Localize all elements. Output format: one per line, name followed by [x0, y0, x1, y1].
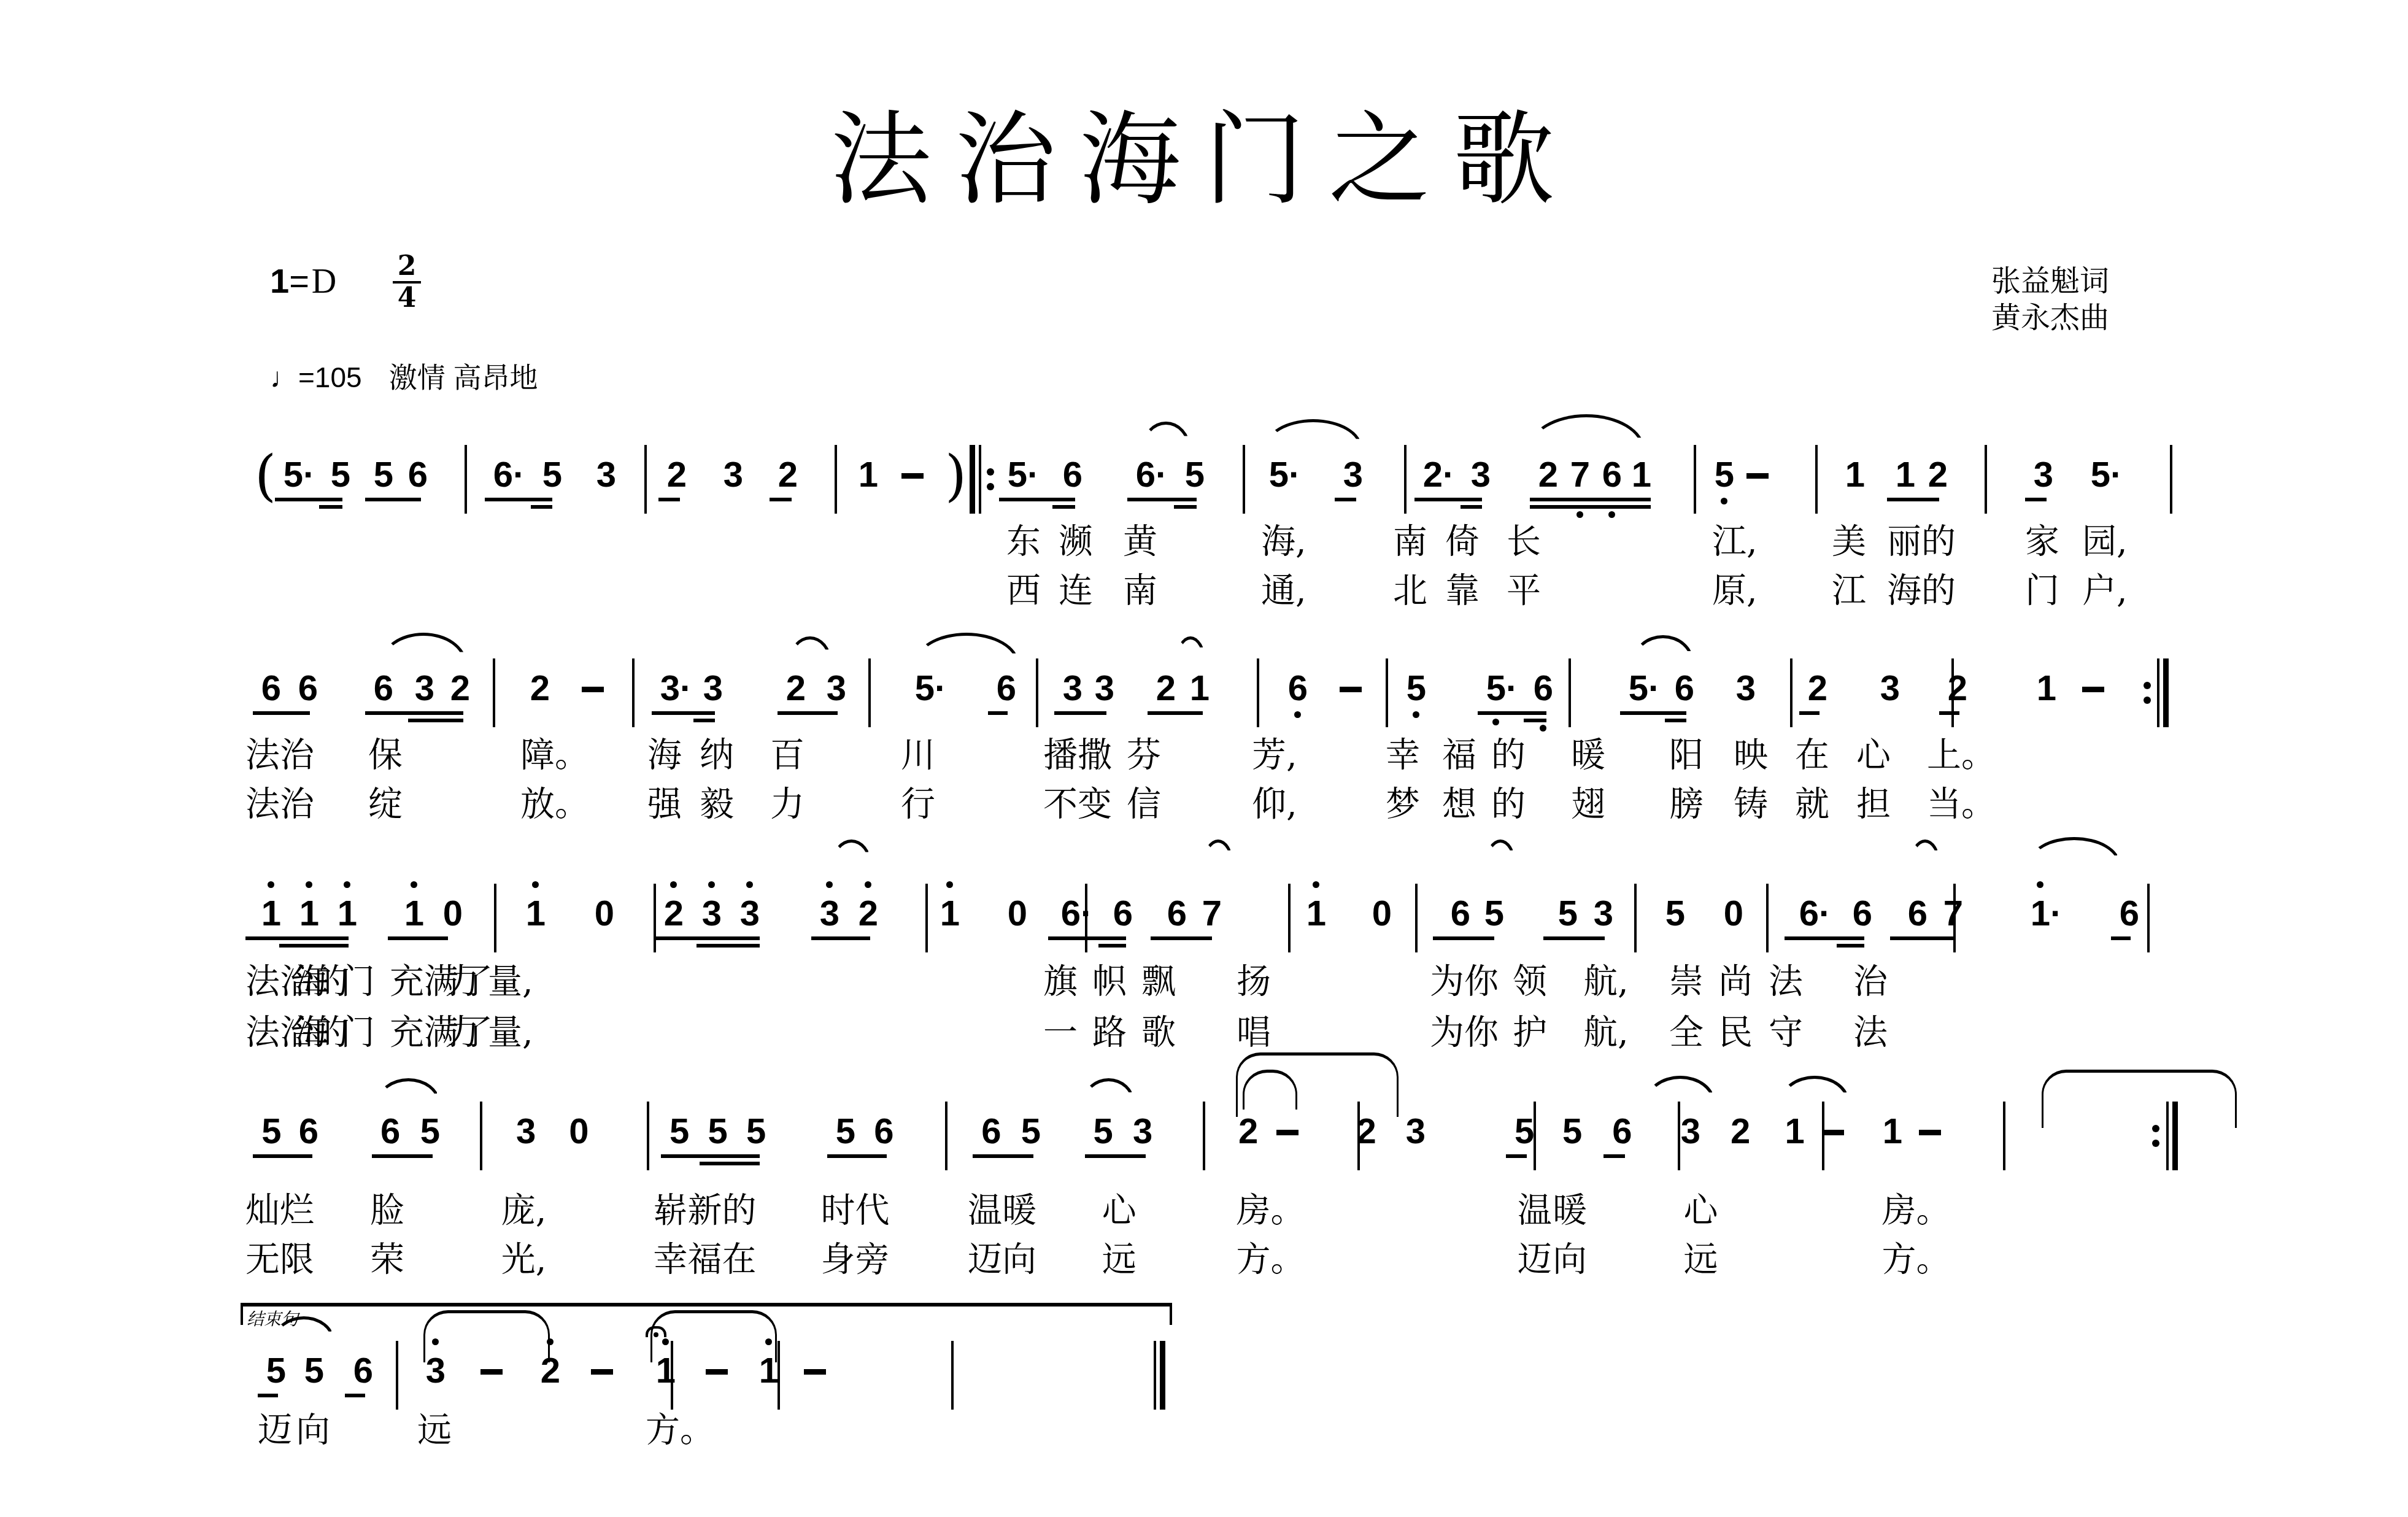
- note-digit: 3: [811, 896, 848, 932]
- lyric-verse-2: 放。: [520, 787, 589, 822]
- note-3: 3: [1462, 457, 1499, 494]
- augmentation-dot: ·: [1156, 457, 1167, 493]
- duration-underline: [1530, 498, 1651, 501]
- note-digit: 6: [973, 1114, 1009, 1149]
- octave-high-dot: [268, 881, 274, 888]
- note-digit: 6: [988, 671, 1025, 706]
- lyric-verse-2: 毅: [700, 787, 734, 822]
- barline: [1085, 884, 1087, 952]
- note-digit: 5: [1549, 896, 1586, 932]
- barline: [2147, 884, 2150, 952]
- note-0: 0: [1364, 896, 1400, 933]
- key-signature: 1=D: [270, 264, 336, 299]
- repeat-dots: [987, 468, 994, 498]
- duration-underline: [652, 711, 715, 715]
- note-2: 2: [1348, 1114, 1385, 1151]
- lyric-verse-1: 法治: [245, 738, 314, 773]
- barline: [2003, 1102, 2005, 1170]
- note-digit: 6: [2111, 896, 2148, 932]
- repeat-end-thin-bar: [2157, 658, 2159, 727]
- repeat-start-thin-bar: [979, 445, 981, 514]
- lyric-verse-1: 温暖: [968, 1194, 1036, 1228]
- lyric-verse-1: 上。: [1927, 738, 1996, 773]
- note-digit: 5: [1085, 1114, 1122, 1149]
- note-1: 1: [1837, 457, 1874, 494]
- lyric-verse-1: 量,: [488, 965, 533, 999]
- augmentation-dot: ·: [1289, 457, 1300, 493]
- bracket-paren: (: [255, 449, 276, 504]
- note-digit: 6: [1054, 457, 1091, 493]
- lyric-verse-1: 力: [445, 965, 479, 999]
- note-digit: 2: [850, 896, 887, 932]
- barline: [647, 1102, 649, 1170]
- note-5: 5: [1085, 1114, 1122, 1151]
- note-digit: 3: [715, 457, 752, 493]
- lyric-verse-1: 庞,: [501, 1194, 547, 1228]
- lyric-verse-1: 航,: [1583, 965, 1629, 999]
- lyric-verse-1: 阳: [1669, 738, 1704, 773]
- note-2: 2: [658, 457, 695, 494]
- augmentation-dot: ·: [303, 457, 315, 493]
- duration-underline: [1543, 936, 1605, 940]
- duration-underline: [1665, 719, 1686, 722]
- key-tonic: 1: [270, 261, 289, 300]
- duration-underline: [1335, 498, 1356, 501]
- barline: [1766, 884, 1769, 952]
- note-5: 5: [1176, 457, 1213, 494]
- lyric-verse-1: 暖: [1571, 738, 1605, 773]
- note-digit: 6: [1666, 671, 1703, 706]
- barline: [465, 445, 467, 514]
- final-thick-bar: [1160, 1341, 1165, 1410]
- note-1: 1: [1777, 1114, 1813, 1151]
- note-6: 6: [365, 671, 402, 708]
- lyric-verse-2: 唱: [1237, 1016, 1271, 1050]
- slur-arc: [832, 840, 871, 864]
- barline: [1694, 445, 1696, 514]
- lyric-verse-1: 旗: [1043, 965, 1078, 999]
- duration-underline: [778, 711, 838, 715]
- octave-low-dot: [1413, 711, 1419, 718]
- octave-high-dot: [306, 881, 312, 888]
- barline: [632, 658, 635, 727]
- lyric-verse-2: 原,: [1712, 574, 1758, 608]
- lyric-verse-1: 映: [1734, 738, 1768, 773]
- note-6: 6: [253, 671, 290, 708]
- tempo-bpm: =105: [298, 361, 362, 393]
- duration-underline: [485, 498, 552, 501]
- note-5: 5·: [906, 671, 943, 708]
- note-5: 5: [661, 1114, 698, 1151]
- lyric-verse-2: 靠: [1445, 574, 1480, 608]
- lyric-verse-1: 灿烂: [245, 1194, 314, 1228]
- note-6: 6·: [1052, 896, 1089, 933]
- lyric-verse-1: 领: [1513, 965, 1547, 999]
- duration-underline: [655, 936, 760, 940]
- note-1: 1: [253, 896, 290, 933]
- barline: [654, 884, 656, 952]
- barline: [1951, 658, 1954, 727]
- slur-arc: [1632, 635, 1694, 662]
- lyric-verse-2: 方。: [1236, 1243, 1305, 1277]
- duration-underline: [973, 1154, 1033, 1158]
- quarter-note-icon: ♩: [270, 361, 298, 393]
- note-digit: 3: [507, 1114, 544, 1149]
- note-2: 2: [1920, 457, 1956, 494]
- octave-high-dot: [746, 881, 753, 888]
- note-5: 5: [1506, 1114, 1543, 1151]
- note-5: 5: [258, 1353, 295, 1390]
- lyric-verse-2: 守: [1769, 1016, 1803, 1050]
- note-3: 3: [406, 671, 443, 708]
- note-digit: 5: [253, 1114, 290, 1149]
- note-0: 0: [434, 896, 471, 933]
- lyric-verse-1: 房。: [1236, 1194, 1305, 1228]
- note-6: 6: [1159, 896, 1195, 933]
- slur-arc: [1645, 1076, 1715, 1103]
- barline: [835, 445, 837, 514]
- lyric-verse-2: 远: [1684, 1243, 1718, 1277]
- note-5: 5: [700, 1114, 736, 1151]
- lyric-verse-2: 仰,: [1252, 787, 1297, 822]
- augmentation-dot: ·: [2110, 457, 2122, 493]
- note-6: 6: [988, 671, 1025, 708]
- note-1: 1: [932, 896, 968, 933]
- barline: [1634, 884, 1637, 952]
- barline: [480, 1102, 482, 1170]
- barline: [1953, 884, 1956, 952]
- note-0: 0: [999, 896, 1036, 933]
- lyric-verse-2: 通,: [1261, 574, 1306, 608]
- note-5: 5: [1013, 1114, 1049, 1151]
- octave-high-dot: [708, 881, 715, 888]
- note-5: 5·: [1478, 671, 1515, 708]
- note-digit: 3: [1727, 671, 1764, 706]
- note-digit: 1: [517, 896, 554, 932]
- note-digit: 3: [693, 896, 730, 932]
- lyric-verse-1: 丽的: [1887, 525, 1956, 559]
- slur-arc: [1485, 840, 1516, 864]
- barline: [396, 1341, 398, 1410]
- augmentation-dot: ·: [1819, 896, 1831, 932]
- note-5: 5: [1549, 896, 1586, 933]
- lyric-verse-2: 江: [1832, 574, 1866, 608]
- duration-underline: [1148, 711, 1203, 715]
- note-2: 2: [1230, 1114, 1267, 1151]
- note-digit: 6: [1899, 896, 1936, 932]
- lyric-verse-1: 保: [368, 738, 403, 773]
- duration-underline: [279, 944, 349, 948]
- sustain-dash: [1340, 687, 1362, 692]
- lyric-verse-2: 荣: [370, 1243, 404, 1277]
- note-5: 5·: [1260, 457, 1297, 494]
- note-digit: 6: [345, 1353, 382, 1389]
- note-3: 3: [818, 671, 855, 708]
- note-3: 3: [1585, 896, 1622, 933]
- barline: [1243, 445, 1245, 514]
- barline: [494, 884, 496, 952]
- note-digit: 1: [1887, 457, 1924, 493]
- note-2: 2: [442, 671, 479, 708]
- repeat-end-thick-bar: [2163, 658, 2169, 727]
- note-2: 2: [770, 457, 806, 494]
- octave-high-dot: [1313, 881, 1319, 888]
- note-digit: 3: [1054, 671, 1091, 706]
- duration-underline: [1414, 498, 1482, 501]
- note-digit: 6: [1603, 1114, 1640, 1149]
- slur-arc: [789, 636, 832, 662]
- duration-underline: [1478, 711, 1546, 715]
- note-1: 1: [850, 457, 887, 494]
- note-5: 5: [738, 1114, 774, 1151]
- note-digit: 6: [253, 671, 290, 706]
- note-2: 2: [655, 896, 692, 933]
- note-6: 6: [1442, 896, 1479, 933]
- note-2: 2: [1799, 671, 1836, 708]
- lyric-verse-2: 方。: [1881, 1243, 1950, 1277]
- note-digit: 5: [322, 457, 359, 493]
- lyric-verse-2: 法治: [245, 787, 314, 822]
- note-digit: 2: [1799, 671, 1836, 706]
- augmentation-dot: ·: [1506, 671, 1518, 706]
- note-digit: 3: [1124, 1114, 1161, 1149]
- sustain-dash: [591, 1369, 613, 1375]
- note-digit: 2: [1148, 671, 1184, 706]
- note-3: 3: [1335, 457, 1372, 494]
- lyric-verse-2: 门: [341, 1016, 375, 1050]
- note-6: 6: [1279, 671, 1316, 708]
- note-2: 2: [778, 671, 814, 708]
- lyric-verse-2: 梦: [1386, 787, 1420, 822]
- octave-high-dot: [532, 881, 539, 888]
- slur-arc: [1082, 1078, 1135, 1103]
- lyric-verse-1: 江,: [1712, 525, 1758, 559]
- lyric-verse-1: 家: [2025, 525, 2059, 559]
- note-6: 6: [1054, 457, 1091, 494]
- duration-underline: [388, 936, 448, 940]
- lyric-verse-1: 海,: [1261, 525, 1306, 559]
- note-3: 3: [1054, 671, 1091, 708]
- slur-arc: [1175, 636, 1206, 662]
- note-digit: 2: [1939, 671, 1976, 706]
- barline: [925, 884, 928, 952]
- note-digit: 3: [1585, 896, 1622, 932]
- lyric-verse-1: 川: [901, 738, 935, 773]
- slur-arc: [1528, 414, 1645, 450]
- duration-underline: [661, 1154, 760, 1158]
- duration-underline: [1939, 711, 1959, 715]
- lyric-verse-1: 倚: [1445, 525, 1480, 559]
- note-digit: 1: [1623, 457, 1660, 493]
- duration-underline: [1603, 1154, 1624, 1158]
- note-6: 6: [345, 1353, 382, 1390]
- lyric-verse-2: 全: [1669, 1016, 1704, 1050]
- barline: [868, 658, 871, 727]
- lyric-verse-2: 强: [647, 787, 682, 822]
- barline: [1257, 658, 1259, 727]
- lyric-verse-2: 为你: [1430, 1016, 1499, 1050]
- duration-underline: [1151, 936, 1212, 940]
- note-digit: 1: [1181, 671, 1218, 706]
- barline: [644, 445, 647, 514]
- note-3: 3: [2025, 457, 2062, 494]
- expression-text: 激情 高昂地: [389, 361, 538, 393]
- note-1: 1: [1298, 896, 1335, 933]
- note-digit: 0: [1364, 896, 1400, 932]
- note-1: 1: [329, 896, 366, 933]
- barline: [1534, 1102, 1536, 1170]
- augmentation-dot: ·: [2050, 896, 2062, 932]
- note-digit: 6: [399, 457, 436, 493]
- note-5: 5: [1554, 1114, 1591, 1151]
- lyric-verse-2: 路: [1092, 1016, 1127, 1050]
- repeat-dots: [2144, 682, 2151, 711]
- duration-underline: [700, 1162, 760, 1165]
- lyric-verse-1: 园,: [2082, 525, 2128, 559]
- duration-underline: [1085, 1154, 1146, 1158]
- duration-underline: [1098, 944, 1126, 948]
- lyric-verse-2: 绽: [368, 787, 403, 822]
- note-digit: 6: [1442, 896, 1479, 932]
- lyric-verse-2: 铸: [1734, 787, 1768, 822]
- barline: [1036, 658, 1038, 727]
- note-digit: 3: [695, 671, 731, 706]
- lyricist-credit: 张益魁词: [1991, 263, 2109, 299]
- note-6: 6·: [1127, 457, 1164, 494]
- lyric-verse-1: 崇: [1669, 965, 1704, 999]
- note-digit: 1: [1298, 896, 1335, 932]
- note-5: 5: [253, 1114, 290, 1151]
- note-digit: 3: [588, 457, 625, 493]
- lyric-verse-1: 心: [1102, 1194, 1136, 1228]
- note-digit: 3: [2025, 457, 2062, 493]
- slur-arc: [1910, 840, 1940, 864]
- lyric-verse-2: 户,: [2082, 574, 2128, 608]
- note-digit: 2: [658, 457, 695, 493]
- note-5: 5: [365, 457, 402, 494]
- lyric-verse-1: 崭新的: [654, 1194, 757, 1228]
- note-6: 6: [290, 1114, 327, 1151]
- note-digit: 1: [253, 896, 290, 932]
- octave-low-dot: [1576, 511, 1583, 518]
- note-digit: 6: [372, 1114, 409, 1149]
- barline: [1404, 445, 1407, 514]
- barline: [1569, 658, 1571, 727]
- lyric-verse-2: 当。: [1927, 787, 1996, 822]
- tie-bracket: [2042, 1070, 2237, 1128]
- ending-bracket: [241, 1303, 1172, 1325]
- lyric-verse-2: 翅: [1571, 787, 1605, 822]
- note-6: 6: [865, 1114, 902, 1151]
- lyric-verse-1: 扬: [1237, 965, 1271, 999]
- slur-arc: [380, 633, 466, 663]
- augmentation-dot: ·: [1443, 457, 1454, 493]
- lyric-verse-2: 远: [1102, 1243, 1136, 1277]
- barline: [778, 1341, 780, 1410]
- note-1: 1: [396, 896, 433, 933]
- slur-arc: [1780, 1076, 1850, 1103]
- note-digit: 2: [442, 671, 479, 706]
- key-name: D: [312, 263, 336, 301]
- note-6: 6: [1525, 671, 1562, 708]
- note-digit: 3: [406, 671, 443, 706]
- note-digit: 1: [2028, 671, 2065, 706]
- credits: 张益魁词 黄永杰曲: [1991, 263, 2109, 336]
- duration-underline: [365, 711, 463, 715]
- slur-arc: [2028, 837, 2120, 864]
- lyric-verse-2: 无限: [245, 1243, 314, 1277]
- sustain-dash: [804, 1369, 826, 1375]
- augmentation-dot: ·: [680, 671, 692, 706]
- note-1: 1: [1181, 671, 1218, 708]
- lyric-verse-2: 法: [1853, 1016, 1888, 1050]
- lyric-verse-1: 海: [647, 738, 682, 773]
- note-digit: 6: [1525, 671, 1562, 706]
- lyric-verse-1: 濒: [1059, 525, 1093, 559]
- note-5: 5: [296, 1353, 333, 1390]
- barline: [1678, 1102, 1680, 1170]
- lyric-verse-2: 民: [1718, 1016, 1753, 1050]
- slur-arc: [377, 1078, 441, 1103]
- lyric-verse-2: 海: [295, 1016, 329, 1050]
- note-7: 7: [1562, 457, 1599, 494]
- octave-high-dot: [865, 881, 871, 888]
- lyric-verse-1: 方。: [646, 1413, 714, 1448]
- note-digit: 0: [434, 896, 471, 932]
- note-digit: 1: [396, 896, 433, 932]
- note-1: 1: [1874, 1114, 1911, 1151]
- lyric-verse-1: 为你: [1430, 965, 1499, 999]
- lyric-verse-2: 身旁: [820, 1243, 889, 1277]
- note-digit: 1: [1777, 1114, 1813, 1149]
- barline: [951, 1341, 954, 1410]
- note-3: 3: [715, 457, 752, 494]
- time-denominator: 4: [393, 284, 421, 312]
- note-digit: 0: [561, 1114, 598, 1149]
- note-6: 6·: [485, 457, 522, 494]
- barline: [1822, 1102, 1824, 1170]
- lyric-verse-1: 温: [1518, 1194, 1552, 1228]
- note-5: 5·: [999, 457, 1036, 494]
- lyric-verse-1: 东: [1006, 525, 1041, 559]
- duration-underline: [275, 498, 342, 501]
- slur-arc: [1203, 840, 1233, 864]
- note-1: 1: [1623, 457, 1660, 494]
- sustain-dash: [1822, 1130, 1844, 1135]
- note-digit: 0: [1715, 896, 1752, 932]
- slur-arc: [1264, 419, 1362, 449]
- note-2: 2: [522, 671, 558, 708]
- note-3: 3: [695, 671, 731, 708]
- note-2: 2: [1722, 1114, 1759, 1151]
- note-digit: 5: [827, 1114, 864, 1149]
- note-digit: 2: [778, 671, 814, 706]
- barline: [493, 658, 495, 727]
- note-5: 5: [534, 457, 571, 494]
- note-3: 3: [1872, 671, 1908, 708]
- note-digit: 5: [258, 1353, 295, 1389]
- note-2: 2: [1530, 457, 1567, 494]
- barline: [2170, 445, 2172, 514]
- note-digit: 6: [1159, 896, 1195, 932]
- lyric-verse-2: 护: [1513, 1016, 1547, 1050]
- sustain-dash: [480, 1369, 503, 1375]
- slur-arc: [914, 633, 1019, 663]
- duration-underline: [1433, 936, 1494, 940]
- lyric-verse-1: 播撒: [1043, 738, 1112, 773]
- lyric-verse-2: 北: [1393, 574, 1427, 608]
- lyric-verse-2: 幸福在: [654, 1243, 757, 1277]
